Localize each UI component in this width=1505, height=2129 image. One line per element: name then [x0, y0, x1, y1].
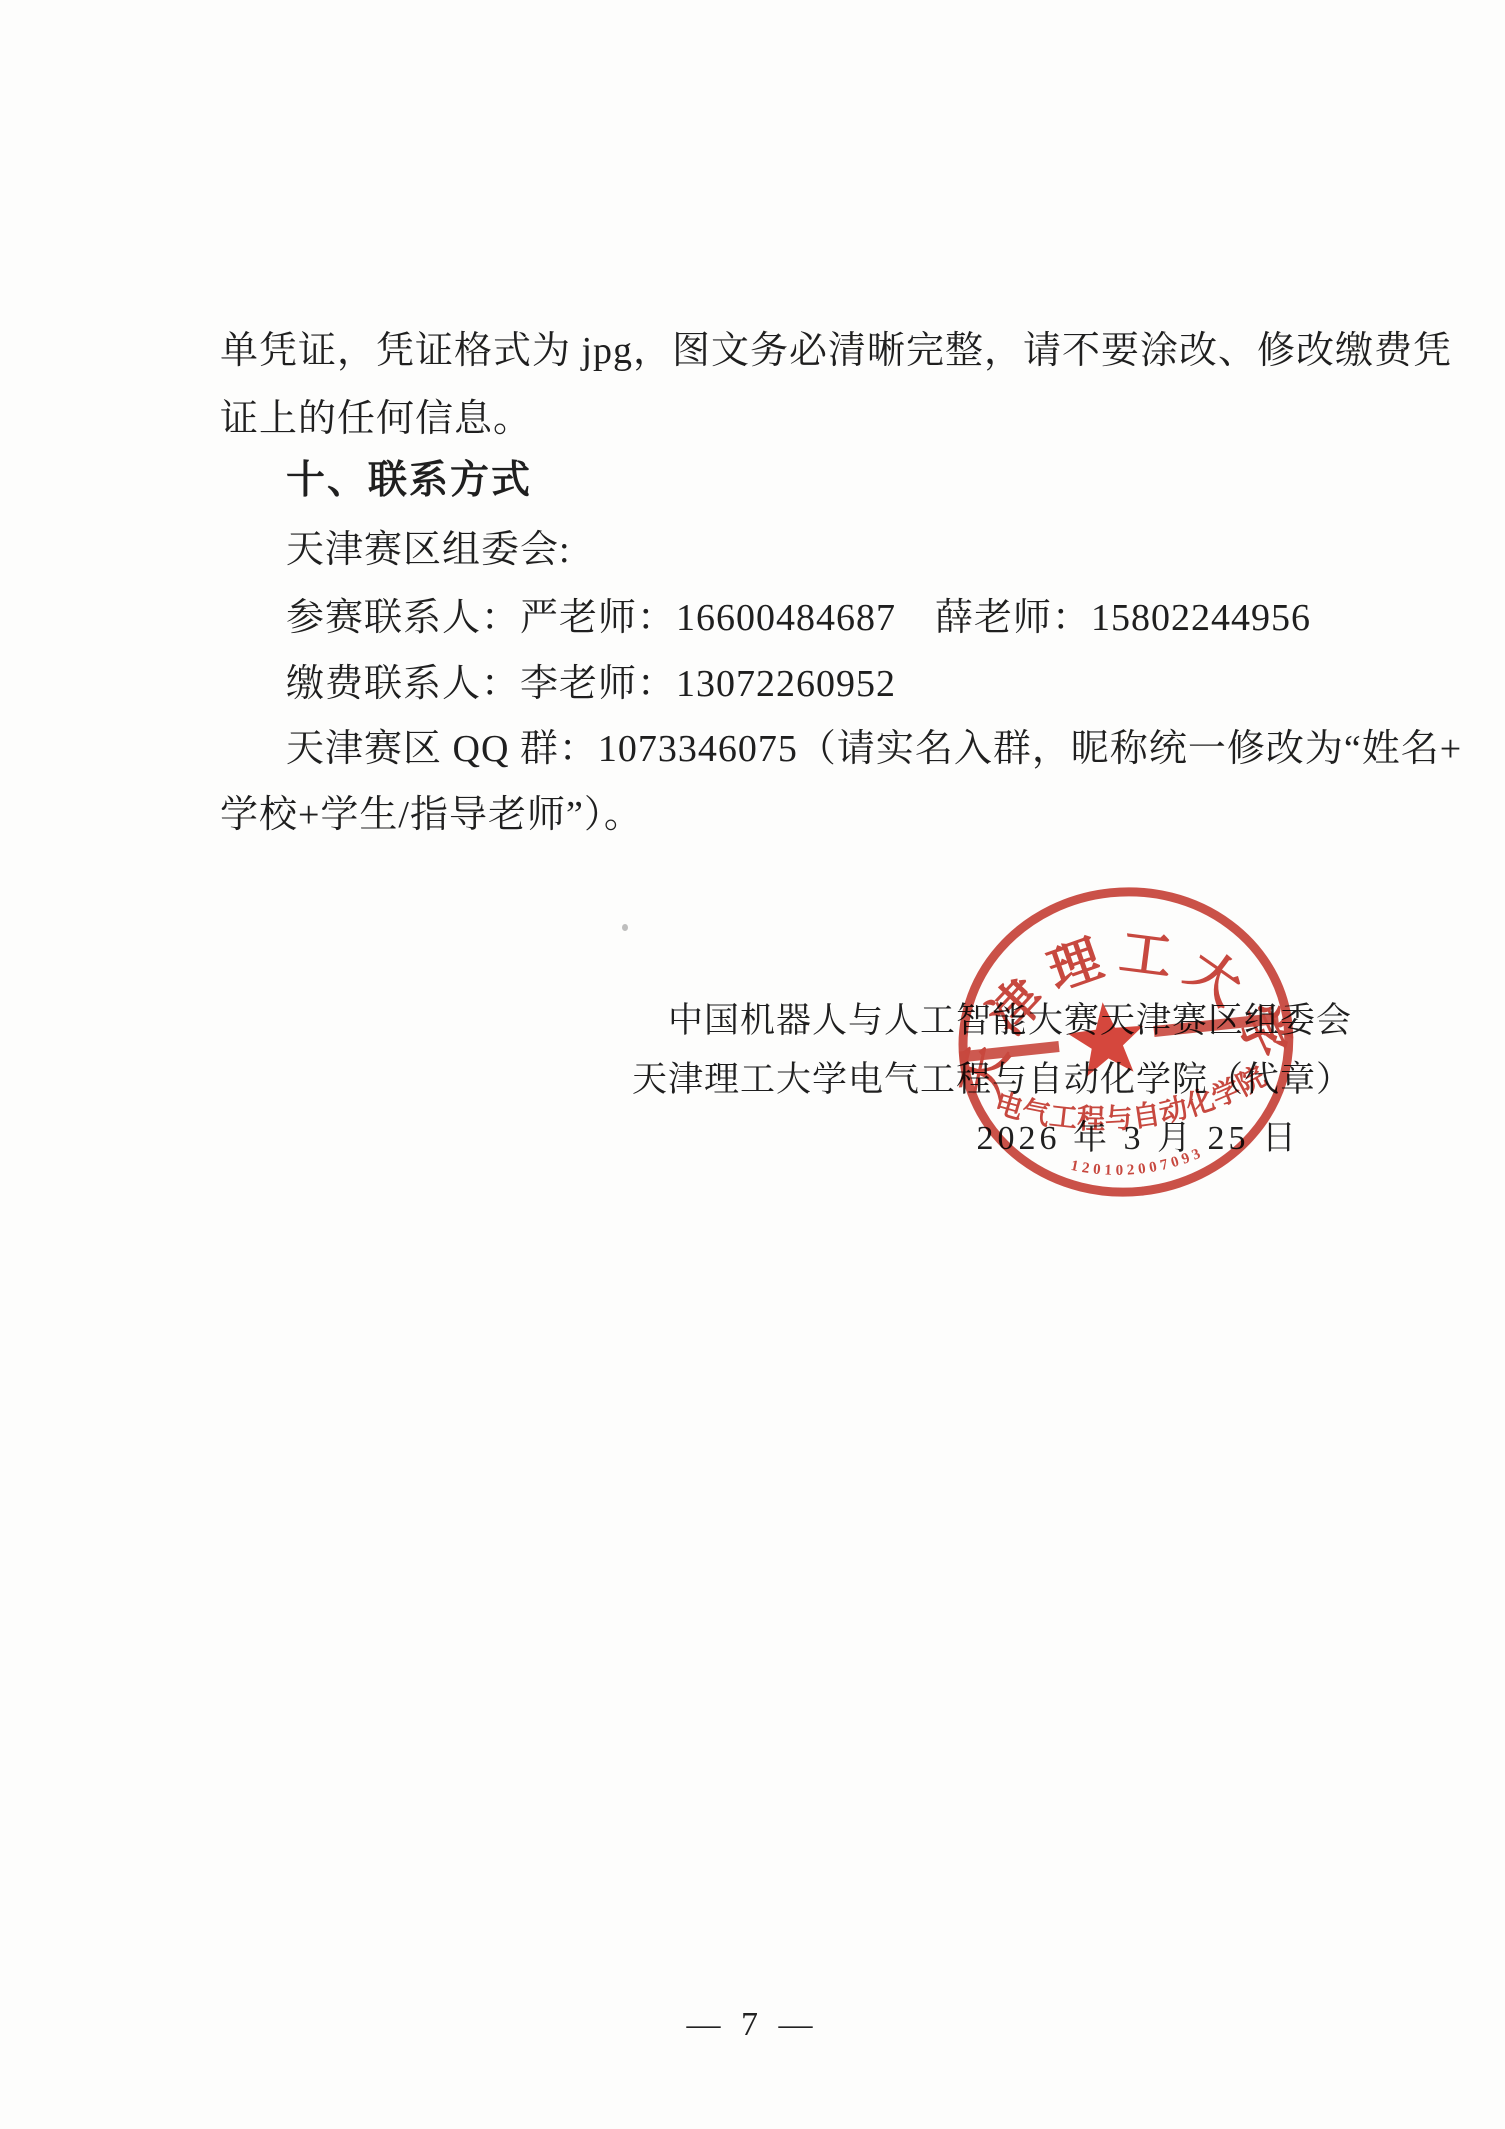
- star-icon: [1065, 998, 1148, 1078]
- seal-bottom-text: 电气工程与自动化学院: [988, 1059, 1275, 1149]
- contact-line-qq-group: 天津赛区 QQ 群：1073346075（请实名入群，昵称统一修改为“姓名+: [286, 728, 1462, 772]
- official-seal-stamp: 天津理工大学 电气工程与自动化学院 120102007093: [929, 858, 1324, 1228]
- paragraph-line: 单凭证，凭证格式为 jpg，图文务必清晰完整，请不要涂改、修改缴费凭: [220, 330, 1452, 374]
- contact-line-committee: 天津赛区组委会:: [286, 529, 571, 573]
- document-page: 单凭证，凭证格式为 jpg，图文务必清晰完整，请不要涂改、修改缴费凭 证上的任何…: [0, 0, 1505, 2129]
- page-number: — 7 —: [0, 2006, 1505, 2044]
- contact-line-qq-group-continued: 学校+学生/指导老师”）。: [220, 794, 643, 838]
- contact-line-participation: 参赛联系人：严老师：16600484687 薛老师：15802244956: [286, 597, 1311, 641]
- section-heading: 十、联系方式: [286, 459, 532, 504]
- paragraph-line: 证上的任何信息。: [220, 398, 532, 442]
- contact-line-payment: 缴费联系人：李老师：13072260952: [286, 663, 896, 707]
- scan-artifact-dot: [622, 924, 628, 931]
